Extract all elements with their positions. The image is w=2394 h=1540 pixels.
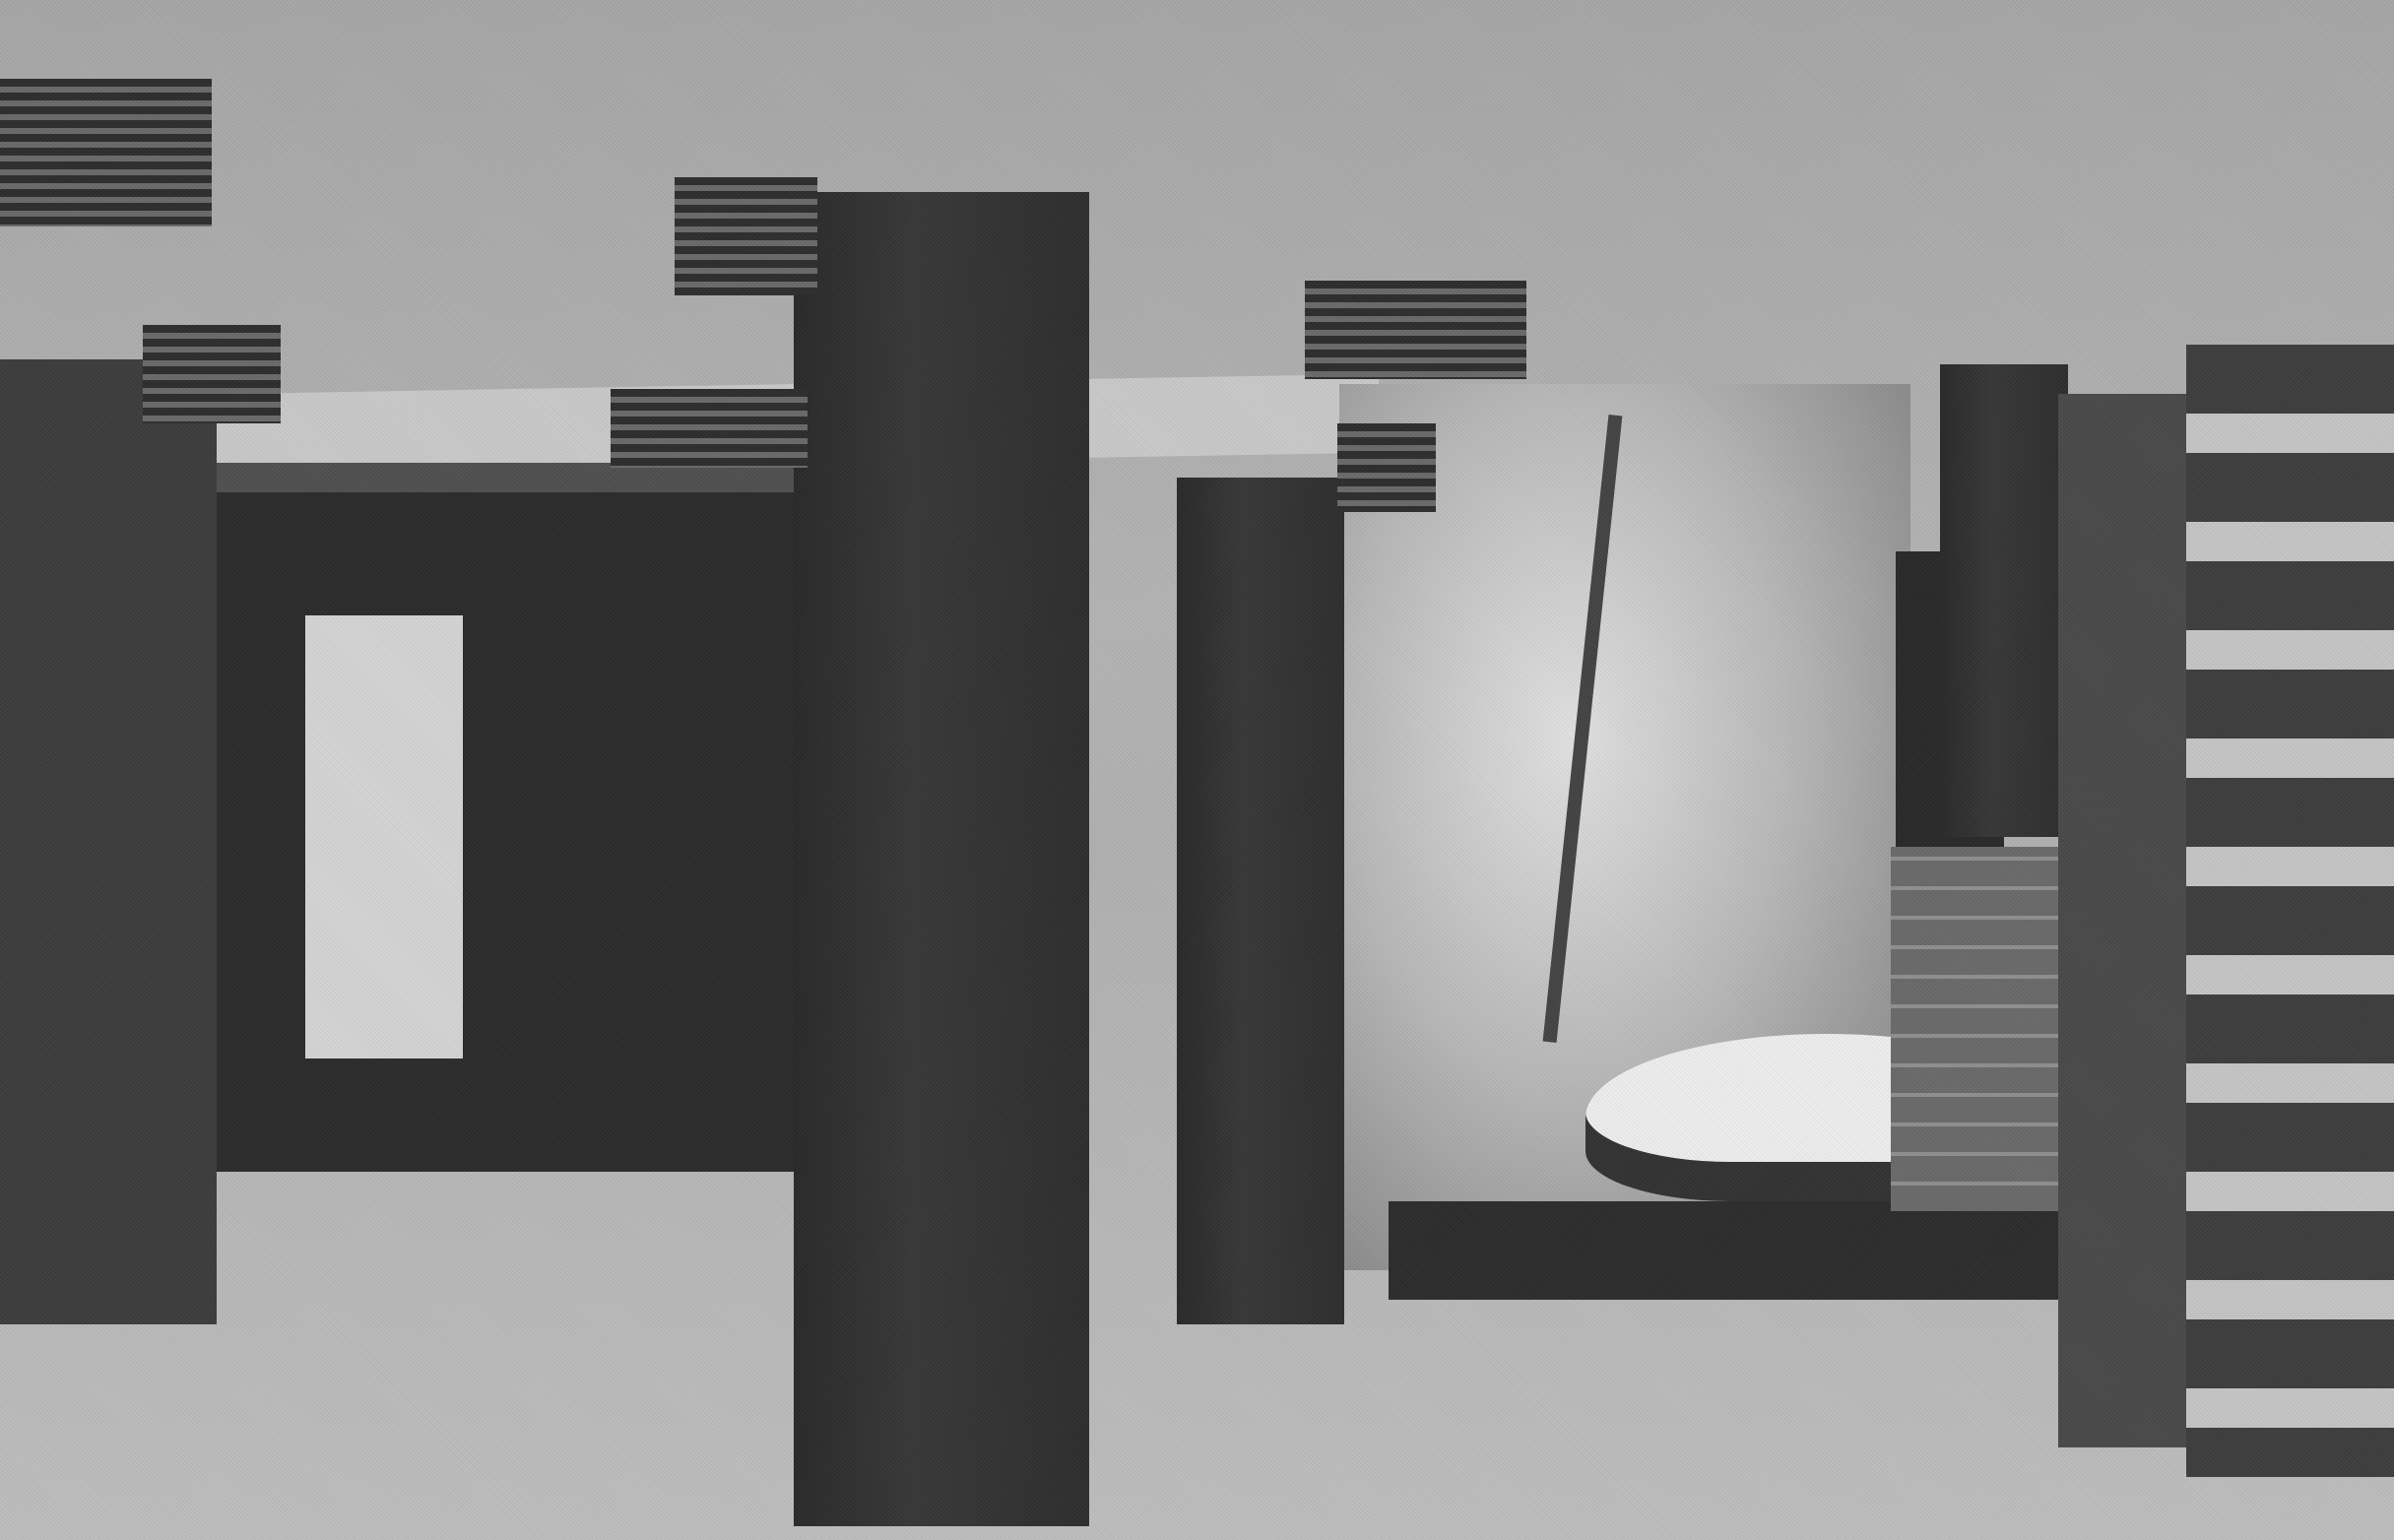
pillar-right-back [1940, 364, 2068, 837]
bracket-front-lower [611, 389, 808, 468]
photo [0, 0, 2394, 1540]
pillar-front [794, 192, 1089, 1526]
bracket-front-upper [675, 177, 817, 295]
bracket-middle-lower [1337, 423, 1436, 512]
bracket-top-left [0, 79, 212, 226]
pond [1389, 1201, 2078, 1300]
pillar-left [0, 359, 217, 1324]
doorway [305, 615, 463, 1059]
lattice-screen [2186, 345, 2394, 1477]
pillar-right [2058, 394, 2196, 1447]
pillar-middle [1177, 478, 1344, 1324]
stone-wall [1891, 847, 2063, 1211]
bracket-left-lower [143, 325, 281, 423]
bracket-middle [1305, 281, 1526, 379]
